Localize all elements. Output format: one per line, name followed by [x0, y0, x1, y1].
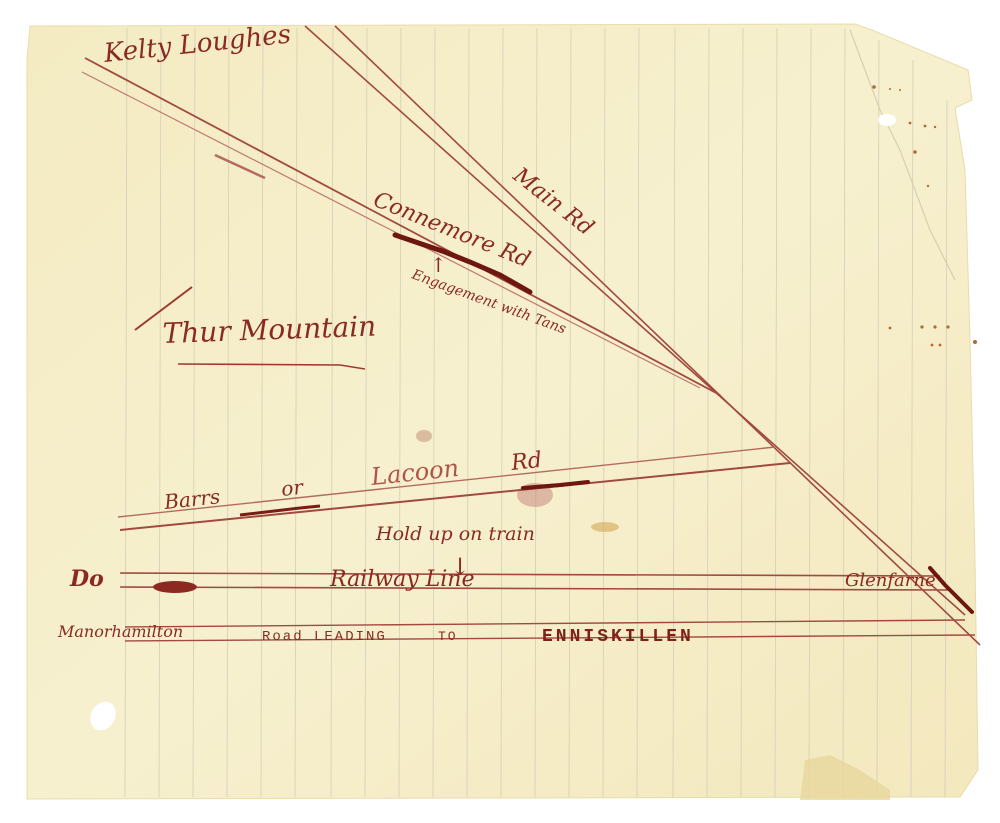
- label-railway: Railway Line: [329, 567, 474, 592]
- label-lacoon-rd: Rd: [509, 448, 543, 476]
- label-manorhamilton: Manorhamilton: [57, 622, 183, 641]
- label-do: Do: [69, 566, 104, 592]
- label-glenfarne: Glenfarne: [845, 570, 936, 591]
- label-or: or: [280, 475, 305, 501]
- sketch-map: Kelty Loughes Main Rd Connemore Rd ↑ Eng…: [0, 0, 1000, 823]
- paper-hole: [878, 114, 896, 126]
- label-road-leading: Road LEADING: [262, 629, 387, 645]
- label-holdup-note: Hold up on train: [375, 523, 535, 545]
- label-destination: ENNISKILLEN: [542, 627, 694, 647]
- label-to: TO: [438, 629, 458, 644]
